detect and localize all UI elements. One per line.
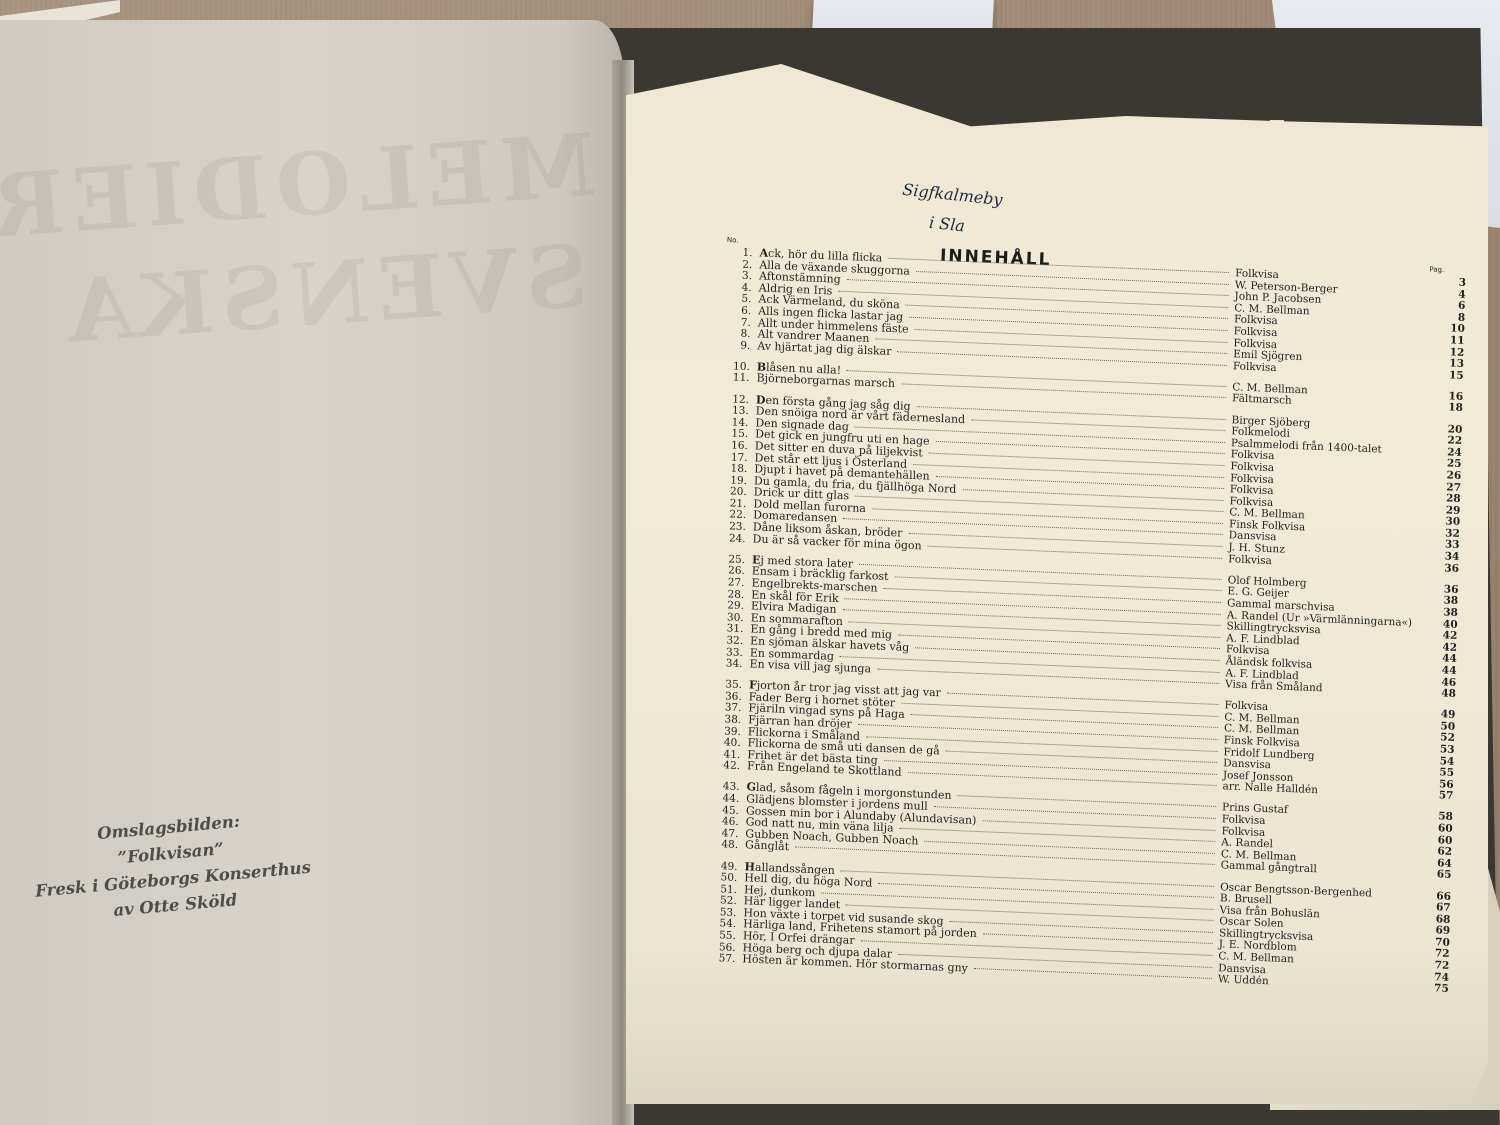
toc-group-h: 49.HallandssångenOscar Bengtsson-Bergenh… — [709, 859, 1451, 994]
show-through-title: MELODIERSVENSKA — [33, 111, 607, 370]
entry-number: 24. — [719, 533, 752, 546]
entry-number: 57. — [709, 953, 742, 966]
toc-group-e: 25.Ej med stora laterOlof Holmberg3626.E… — [716, 553, 1458, 700]
left-page: MELODIERSVENSKA Omslagsbilden: ”Folkvisa… — [0, 20, 624, 1125]
toc-group-d: 12.Den första gång jag såg digBirger Sjö… — [719, 393, 1462, 575]
entry-page-number: 57 — [1427, 790, 1453, 803]
entry-number: 34. — [716, 658, 749, 671]
entry-number: 9. — [724, 340, 757, 353]
entry-number: 48. — [712, 839, 745, 852]
entry-number: 42. — [714, 760, 747, 773]
entry-page-number: 15 — [1438, 370, 1464, 383]
entry-title: Gånglåt — [745, 840, 789, 853]
entry-page-number: 36 — [1433, 563, 1459, 576]
page-column-header: Pag. — [1429, 265, 1444, 276]
entry-number: 11. — [723, 372, 756, 385]
entry-page-number: 18 — [1437, 402, 1463, 415]
entry-page-number: 75 — [1423, 983, 1449, 996]
entry-page-number: 48 — [1430, 688, 1456, 701]
table-of-contents: No. Pag. 1.Ack, hör du lilla flickaFolkv… — [709, 236, 1466, 1004]
entry-page-number: 65 — [1425, 869, 1451, 882]
toc-groups: 1.Ack, hör du lilla flickaFolkvisa32.All… — [709, 246, 1466, 995]
number-column-header: No. — [727, 236, 739, 246]
entry-title: En visa vill jag sjunga — [749, 658, 871, 675]
cover-credit: Omslagsbilden: ”Folkvisan” Fresk i Göteb… — [18, 802, 326, 932]
